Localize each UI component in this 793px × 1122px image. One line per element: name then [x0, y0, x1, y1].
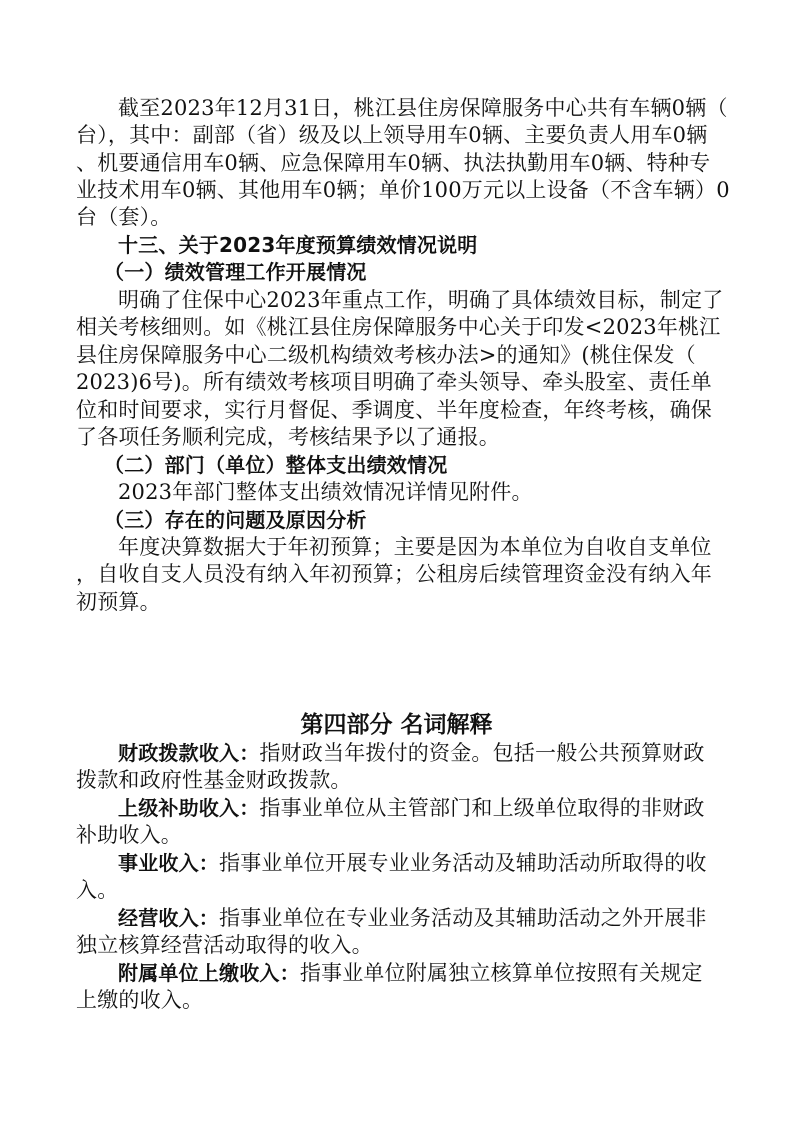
- vehicles-line-1: 截至2023年12月31日，桃江县住房保障服务中心共有车辆0辆（: [118, 95, 758, 122]
- term-3: 事业收入：指事业单位开展专业业务活动及辅助活动所取得的收: [118, 850, 758, 877]
- term-1-label: 财政拨款收入：: [118, 741, 259, 765]
- term-1: 财政拨款收入：指财政当年拨付的资金。包括一般公共预算财政: [118, 740, 758, 767]
- term-5-label: 附属单位上缴收入：: [118, 961, 300, 985]
- sub2-line-1: 2023年部门整体支出绩效情况详情见附件。: [118, 479, 758, 506]
- term-2-def: 指事业单位从主管部门和上级单位取得的非财政: [259, 796, 704, 820]
- term-2: 上级补助收入：指事业单位从主管部门和上级单位取得的非财政: [118, 795, 758, 822]
- part4-title: 第四部分 名词解释: [0, 710, 793, 740]
- sub1-line-3: 县住房保障服务中心二级机构绩效考核办法>的通知》(桃住保发（: [76, 342, 716, 369]
- term-1-cont: 拨款和政府性基金财政拨款。: [76, 767, 716, 794]
- sub2-heading: （二）部门（单位）整体支出绩效情况: [104, 452, 744, 479]
- sub1-heading: （一）绩效管理工作开展情况: [104, 259, 744, 286]
- sub3-line-1: 年度决算数据大于年初预算；主要是因为本单位为自收自支单位: [118, 534, 758, 561]
- term-3-def: 指事业单位开展专业业务活动及辅助活动所取得的收: [219, 851, 707, 875]
- document-page: 截至2023年12月31日，桃江县住房保障服务中心共有车辆0辆（ 台），其中：副…: [0, 0, 793, 1122]
- sub3-line-3: 初预算。: [76, 589, 716, 616]
- term-5-def: 指事业单位附属独立核算单位按照有关规定: [300, 961, 703, 985]
- sub1-line-2: 相关考核细则。如《桃江县住房保障服务中心关于印发<2023年桃江: [76, 314, 716, 341]
- sub1-line-5: 位和时间要求，实行月督促、季调度、半年度检查，年终考核，确保: [76, 397, 716, 424]
- vehicles-line-4: 业技术用车0辆、其他用车0辆；单价100万元以上设备（不含车辆）0: [76, 177, 716, 204]
- term-2-cont: 补助收入。: [76, 822, 716, 849]
- term-4-cont: 独立核算经营活动取得的收入。: [76, 932, 716, 959]
- sub1-line-1: 明确了住保中心2023年重点工作，明确了具体绩效目标，制定了: [118, 287, 758, 314]
- vehicles-line-5: 台（套）。: [76, 204, 716, 231]
- sub1-line-6: 了各项任务顺利完成，考核结果予以了通报。: [76, 424, 716, 451]
- term-3-cont: 入。: [76, 877, 716, 904]
- sub3-heading: （三）存在的问题及原因分析: [104, 507, 744, 534]
- term-5: 附属单位上缴收入：指事业单位附属独立核算单位按照有关规定: [118, 960, 758, 987]
- term-5-cont: 上缴的收入。: [76, 987, 716, 1014]
- vehicles-line-2: 台），其中：副部（省）级及以上领导用车0辆、主要负责人用车0辆: [76, 122, 716, 149]
- term-2-label: 上级补助收入：: [118, 796, 259, 820]
- sub1-line-4: 2023)6号)。所有绩效考核项目明确了牵头领导、牵头股室、责任单: [76, 369, 716, 396]
- vehicles-line-3: 、机要通信用车0辆、应急保障用车0辆、执法执勤用车0辆、特种专: [76, 150, 716, 177]
- term-3-label: 事业收入：: [118, 851, 219, 875]
- term-4-def: 指事业单位在专业业务活动及其辅助活动之外开展非: [219, 906, 707, 930]
- sub3-line-2: ，自收自支人员没有纳入年初预算；公租房后续管理资金没有纳入年: [76, 561, 716, 588]
- term-4-label: 经营收入：: [118, 906, 219, 930]
- term-1-def: 指财政当年拨付的资金。包括一般公共预算财政: [259, 741, 704, 765]
- term-4: 经营收入：指事业单位在专业业务活动及其辅助活动之外开展非: [118, 905, 758, 932]
- section-13-heading: 十三、关于2023年度预算绩效情况说明: [118, 232, 758, 259]
